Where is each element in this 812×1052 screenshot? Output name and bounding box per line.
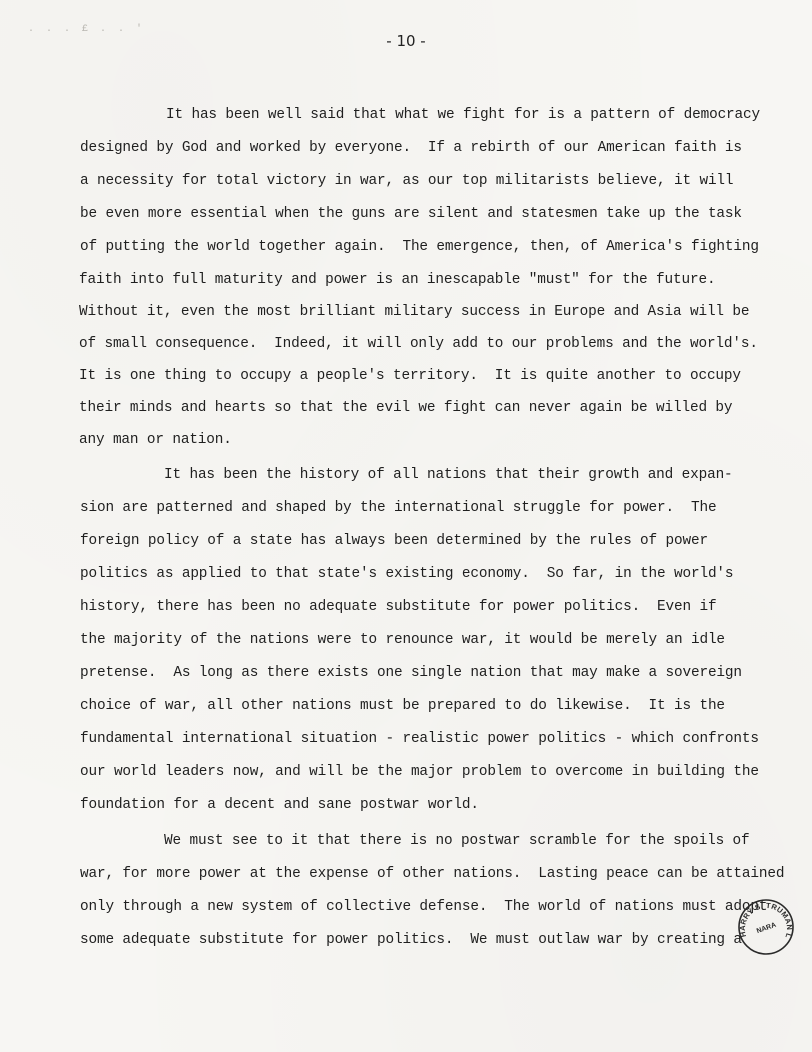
text-line: politics as applied to that state's exis…: [80, 565, 733, 583]
text-line: war, for more power at the expense of ot…: [80, 865, 784, 883]
text-line: We must see to it that there is no postw…: [164, 832, 750, 850]
stamp-seal-icon: HARRY S. TRUMAN LIBRARY NARA: [737, 898, 795, 956]
text-line: It has been well said that what we fight…: [166, 106, 760, 124]
stamp-inner-text: NARA: [756, 922, 777, 935]
text-line: designed by God and worked by everyone. …: [80, 139, 742, 157]
text-line: of putting the world together again. The…: [80, 238, 759, 256]
text-line: only through a new system of collective …: [80, 898, 767, 916]
page-number: - 10 -: [0, 32, 812, 50]
text-line: foundation for a decent and sane postwar…: [80, 796, 479, 814]
svg-text:HARRY S. TRUMAN LIBRARY: HARRY S. TRUMAN LIBRARY: [737, 898, 794, 940]
truman-library-stamp: HARRY S. TRUMAN LIBRARY NARA: [737, 898, 795, 956]
document-page: . . . £ . . ' - 10 - It has been well sa…: [0, 0, 812, 1052]
text-line: the majority of the nations were to reno…: [80, 631, 725, 649]
text-line: It has been the history of all nations t…: [164, 466, 733, 484]
text-line: a necessity for total victory in war, as…: [80, 172, 733, 190]
text-line: any man or nation.: [79, 431, 232, 449]
text-line: be even more essential when the guns are…: [80, 205, 742, 223]
text-line: our world leaders now, and will be the m…: [80, 763, 759, 781]
text-line: sion are patterned and shaped by the int…: [80, 499, 716, 517]
text-line: foreign policy of a state has always bee…: [80, 532, 708, 550]
text-line: It is one thing to occupy a people's ter…: [79, 367, 741, 385]
text-line: history, there has been no adequate subs…: [80, 598, 716, 616]
text-line: some adequate substitute for power polit…: [80, 931, 742, 949]
text-line: pretense. As long as there exists one si…: [80, 664, 742, 682]
text-line: of small consequence. Indeed, it will on…: [79, 335, 758, 353]
text-line: choice of war, all other nations must be…: [80, 697, 725, 715]
text-line: faith into full maturity and power is an…: [79, 271, 715, 289]
stamp-outer-text: HARRY S. TRUMAN LIBRARY: [737, 898, 794, 940]
text-line: Without it, even the most brilliant mili…: [79, 303, 749, 321]
text-line: fundamental international situation - re…: [80, 730, 759, 748]
text-line: their minds and hearts so that the evil …: [79, 399, 732, 417]
